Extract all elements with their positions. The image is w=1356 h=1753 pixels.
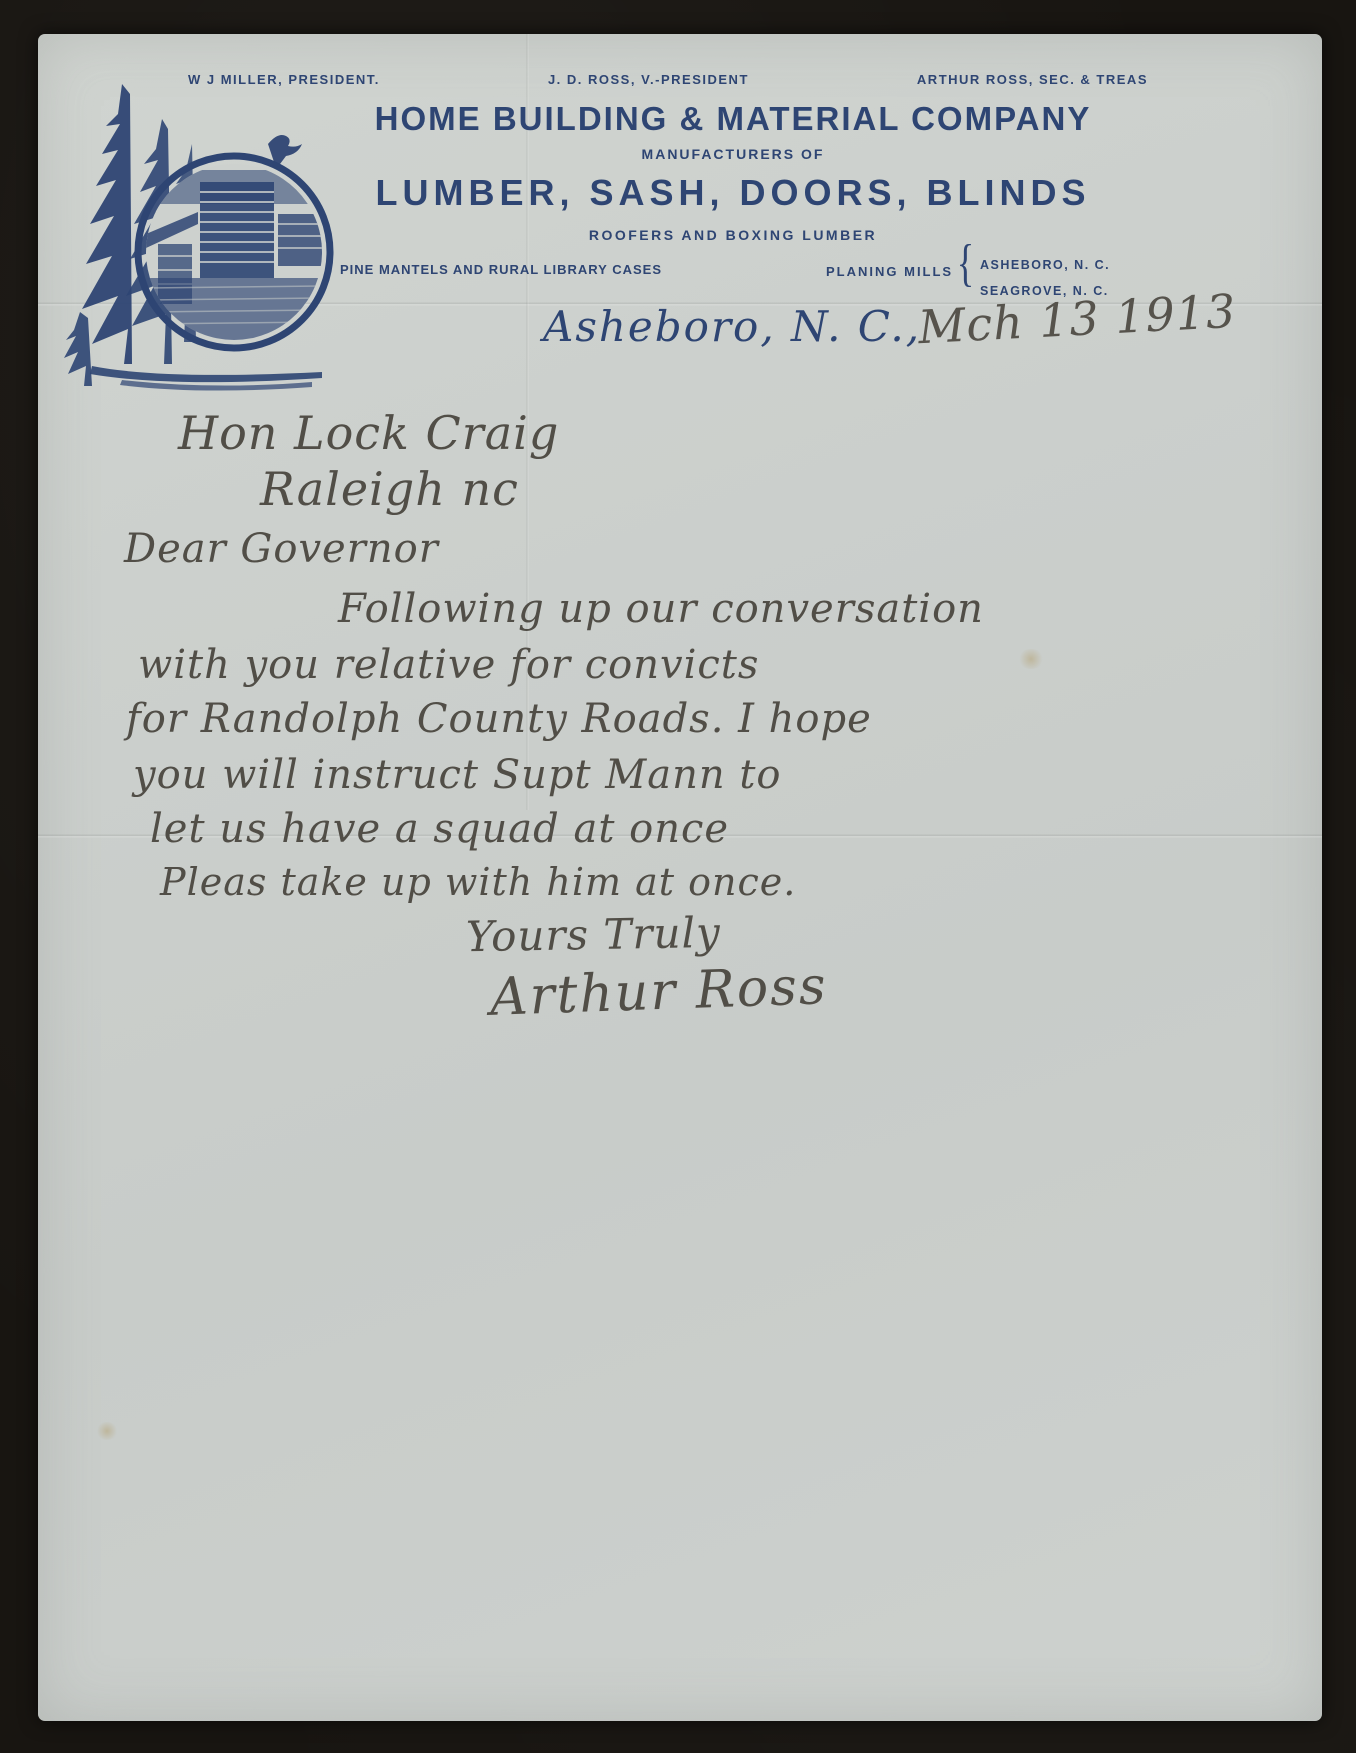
roofers-line: ROOFERS AND BOXING LUMBER (328, 227, 1138, 243)
pine-trees-lumber-yard-logo-icon (62, 74, 334, 394)
body-line: with you relative for convicts (138, 642, 759, 688)
body-line: for Randolph County Roads. I hope (126, 696, 872, 742)
brace-glyph: { (957, 234, 974, 293)
dateline-place: Asheboro, N. C., (543, 302, 921, 351)
paper-stain (1018, 649, 1044, 669)
officer-sec-treas: ARTHUR ROSS, SEC. & TREAS (917, 72, 1148, 87)
officer-vice-president: J. D. ROSS, V.-PRESIDENT (548, 72, 749, 87)
products-line: LUMBER, SASH, DOORS, BLINDS (328, 172, 1138, 214)
body-line: let us have a squad at once (150, 806, 729, 852)
body-line: Pleas take up with him at once. (160, 860, 796, 904)
planing-mills-label: PLANING MILLS (826, 264, 953, 279)
mill-location-asheboro: ASHEBORO, N. C. (980, 252, 1110, 278)
signature: Arthur Ross (489, 956, 828, 1028)
company-name: HOME BUILDING & MATERIAL COMPANY (328, 100, 1138, 138)
paper-stain (96, 1422, 118, 1440)
officers-row: W J MILLER, PRESIDENT. J. D. ROSS, V.-PR… (188, 72, 1148, 87)
closing-line: Yours Truly (466, 908, 722, 961)
body-line: Following up our conversation (338, 586, 984, 632)
pine-mantels-line: PINE MANTELS AND RURAL LIBRARY CASES (340, 262, 662, 277)
manufacturers-of-line: MANUFACTURERS OF (328, 146, 1138, 162)
recipient-city-line: Raleigh nc (260, 462, 519, 516)
body-line: you will instruct Supt Mann to (133, 752, 781, 798)
officer-president: W J MILLER, PRESIDENT. (188, 72, 380, 87)
letter-paper: W J MILLER, PRESIDENT. J. D. ROSS, V.-PR… (38, 34, 1322, 1721)
recipient-name-line: Hon Lock Craig (178, 406, 559, 460)
handwritten-date: Mch 13 1913 (917, 284, 1238, 355)
salutation-line: Dear Governor (124, 526, 439, 572)
